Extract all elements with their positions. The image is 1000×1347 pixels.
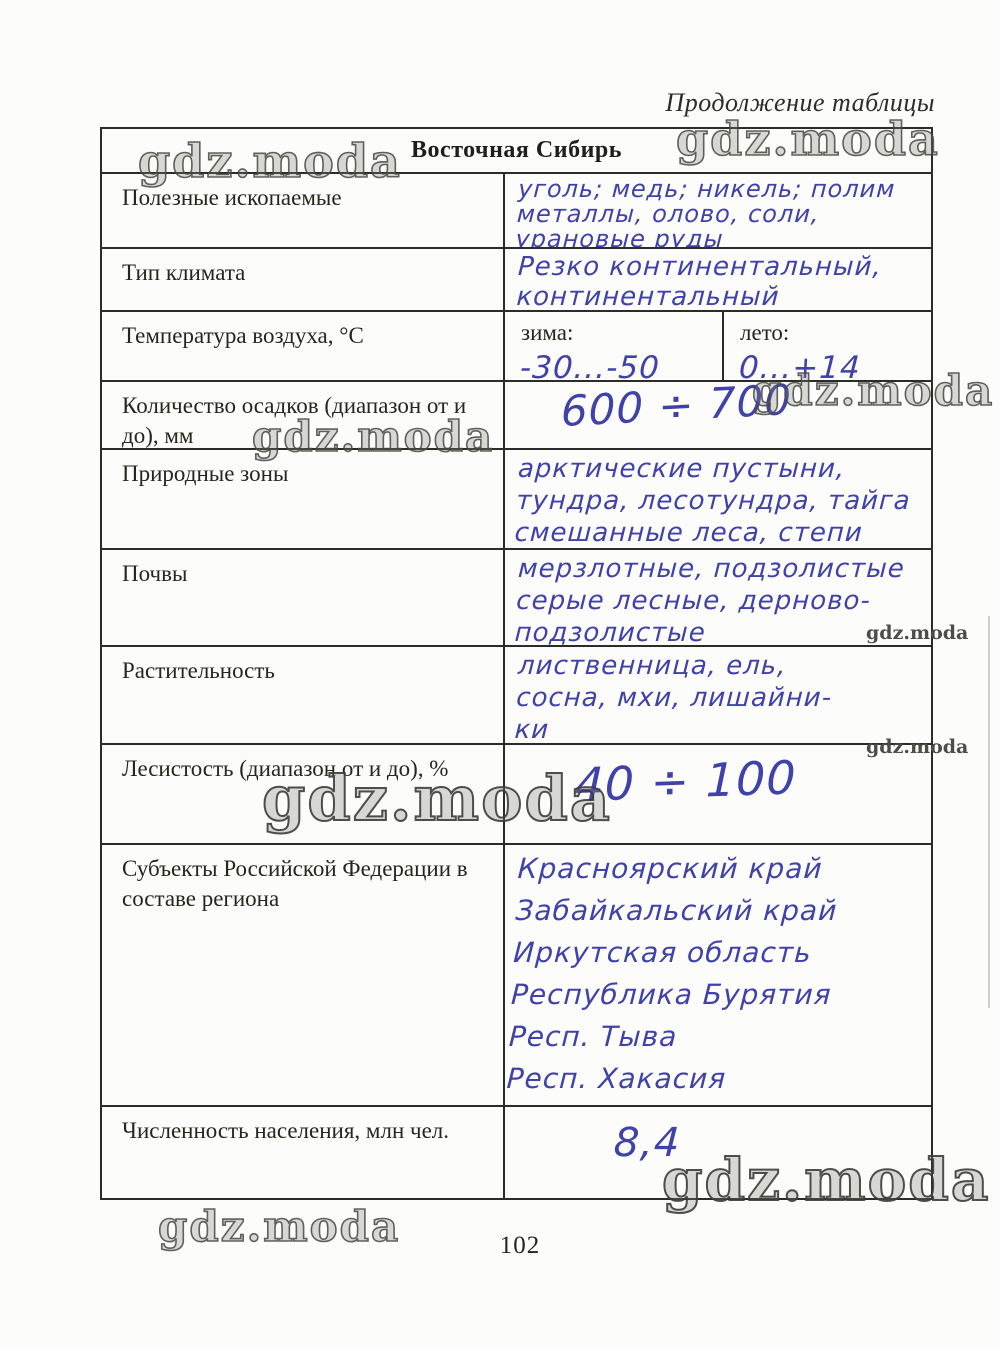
- handwritten-line: серые лесные, дерново-: [515, 585, 925, 617]
- handwritten-line: мерзлотные, подзолистые: [517, 553, 927, 585]
- table-row-vegetation: Растительность лиственница, ель, сосна, …: [102, 647, 931, 745]
- handwritten-line: сосна, мхи, лишайни-: [515, 682, 925, 714]
- handwritten-line: Красноярский край: [517, 848, 927, 890]
- winter-sublabel: зима:: [521, 320, 722, 346]
- temperature-winter-cell: зима: -30...-50: [505, 312, 724, 380]
- table-row-federal-subjects: Субъекты Российской Федерации в составе …: [102, 845, 931, 1107]
- row-label-temperature: Температура воздуха, °С: [102, 312, 505, 380]
- scanned-workbook-page: Продолжение таблицы Восточная Сибирь Пол…: [0, 0, 1000, 1347]
- handwritten-line: подзолистые: [514, 617, 924, 645]
- handwritten-line: Забайкальский край: [514, 890, 924, 932]
- row-value-federal-subjects: Красноярский край Забайкальский край Ирк…: [491, 845, 931, 1105]
- watermark-gdz-moda-small: gdz.moda: [866, 736, 968, 758]
- row-label-climate-type: Тип климата: [102, 249, 505, 310]
- region-table: Восточная Сибирь Полезные ископаемые уго…: [100, 127, 933, 1200]
- watermark-gdz-moda: gdz.moda: [252, 412, 494, 461]
- watermark-gdz-moda: gdz.moda: [138, 134, 402, 188]
- row-value-natural-zones: арктические пустыни, тундра, лесотундра,…: [500, 450, 931, 548]
- row-value-vegetation: лиственница, ель, сосна, мхи, лишайни- к…: [500, 647, 931, 743]
- watermark-gdz-moda: gdz.moda: [752, 366, 994, 415]
- watermark-gdz-moda: gdz.moda: [262, 762, 612, 835]
- row-label-population: Численность населения, млн чел.: [102, 1107, 505, 1198]
- handwritten-line: Респ. Хакасия: [506, 1058, 916, 1100]
- handwritten-line: Иркутская область: [512, 932, 922, 974]
- scan-edge-line: [988, 616, 990, 1008]
- handwritten-line: лиственница, ель,: [517, 650, 927, 682]
- watermark-gdz-moda: gdz.moda: [662, 1146, 990, 1214]
- handwritten-line: ки: [514, 714, 924, 743]
- row-label-federal-subjects: Субъекты Российской Федерации в составе …: [102, 845, 505, 1105]
- handwritten-line: континентальный: [516, 282, 926, 310]
- handwritten-line: уголь; медь; никель; полим: [518, 177, 927, 202]
- page-number: 102: [480, 1232, 560, 1260]
- watermark-gdz-moda: gdz.moda: [158, 1202, 400, 1251]
- row-value-climate-type: Резко континентальный, континентальный: [502, 249, 931, 310]
- winter-value-handwritten: -30...-50: [519, 350, 722, 380]
- handwritten-line: арктические пустыни,: [517, 453, 927, 485]
- summer-sublabel: лето:: [740, 320, 931, 346]
- row-label-vegetation: Растительность: [102, 647, 505, 743]
- handwritten-line: металлы, олово, соли,: [516, 202, 925, 227]
- watermark-gdz-moda: gdz.moda: [676, 112, 940, 166]
- handwritten-line: Республика Бурятия: [510, 974, 920, 1016]
- handwritten-line: Респ. Тыва: [508, 1016, 918, 1058]
- table-row-soils: Почвы мерзлотные, подзолистые серые лесн…: [102, 550, 931, 647]
- table-row-natural-zones: Природные зоны арктические пустыни, тунд…: [102, 450, 931, 550]
- handwritten-line: урановые руды: [515, 227, 924, 247]
- row-label-soils: Почвы: [102, 550, 505, 645]
- table-row-climate-type: Тип климата Резко континентальный, конти…: [102, 249, 931, 312]
- handwritten-line: Резко континентальный,: [517, 252, 927, 282]
- watermark-gdz-moda-small: gdz.moda: [866, 622, 968, 644]
- row-value-minerals: уголь; медь; никель; полим металлы, олов…: [501, 174, 931, 247]
- row-label-natural-zones: Природные зоны: [102, 450, 505, 548]
- handwritten-line: тундра, лесотундра, тайга: [515, 485, 925, 517]
- handwritten-line: смешанные леса, степи: [514, 517, 924, 548]
